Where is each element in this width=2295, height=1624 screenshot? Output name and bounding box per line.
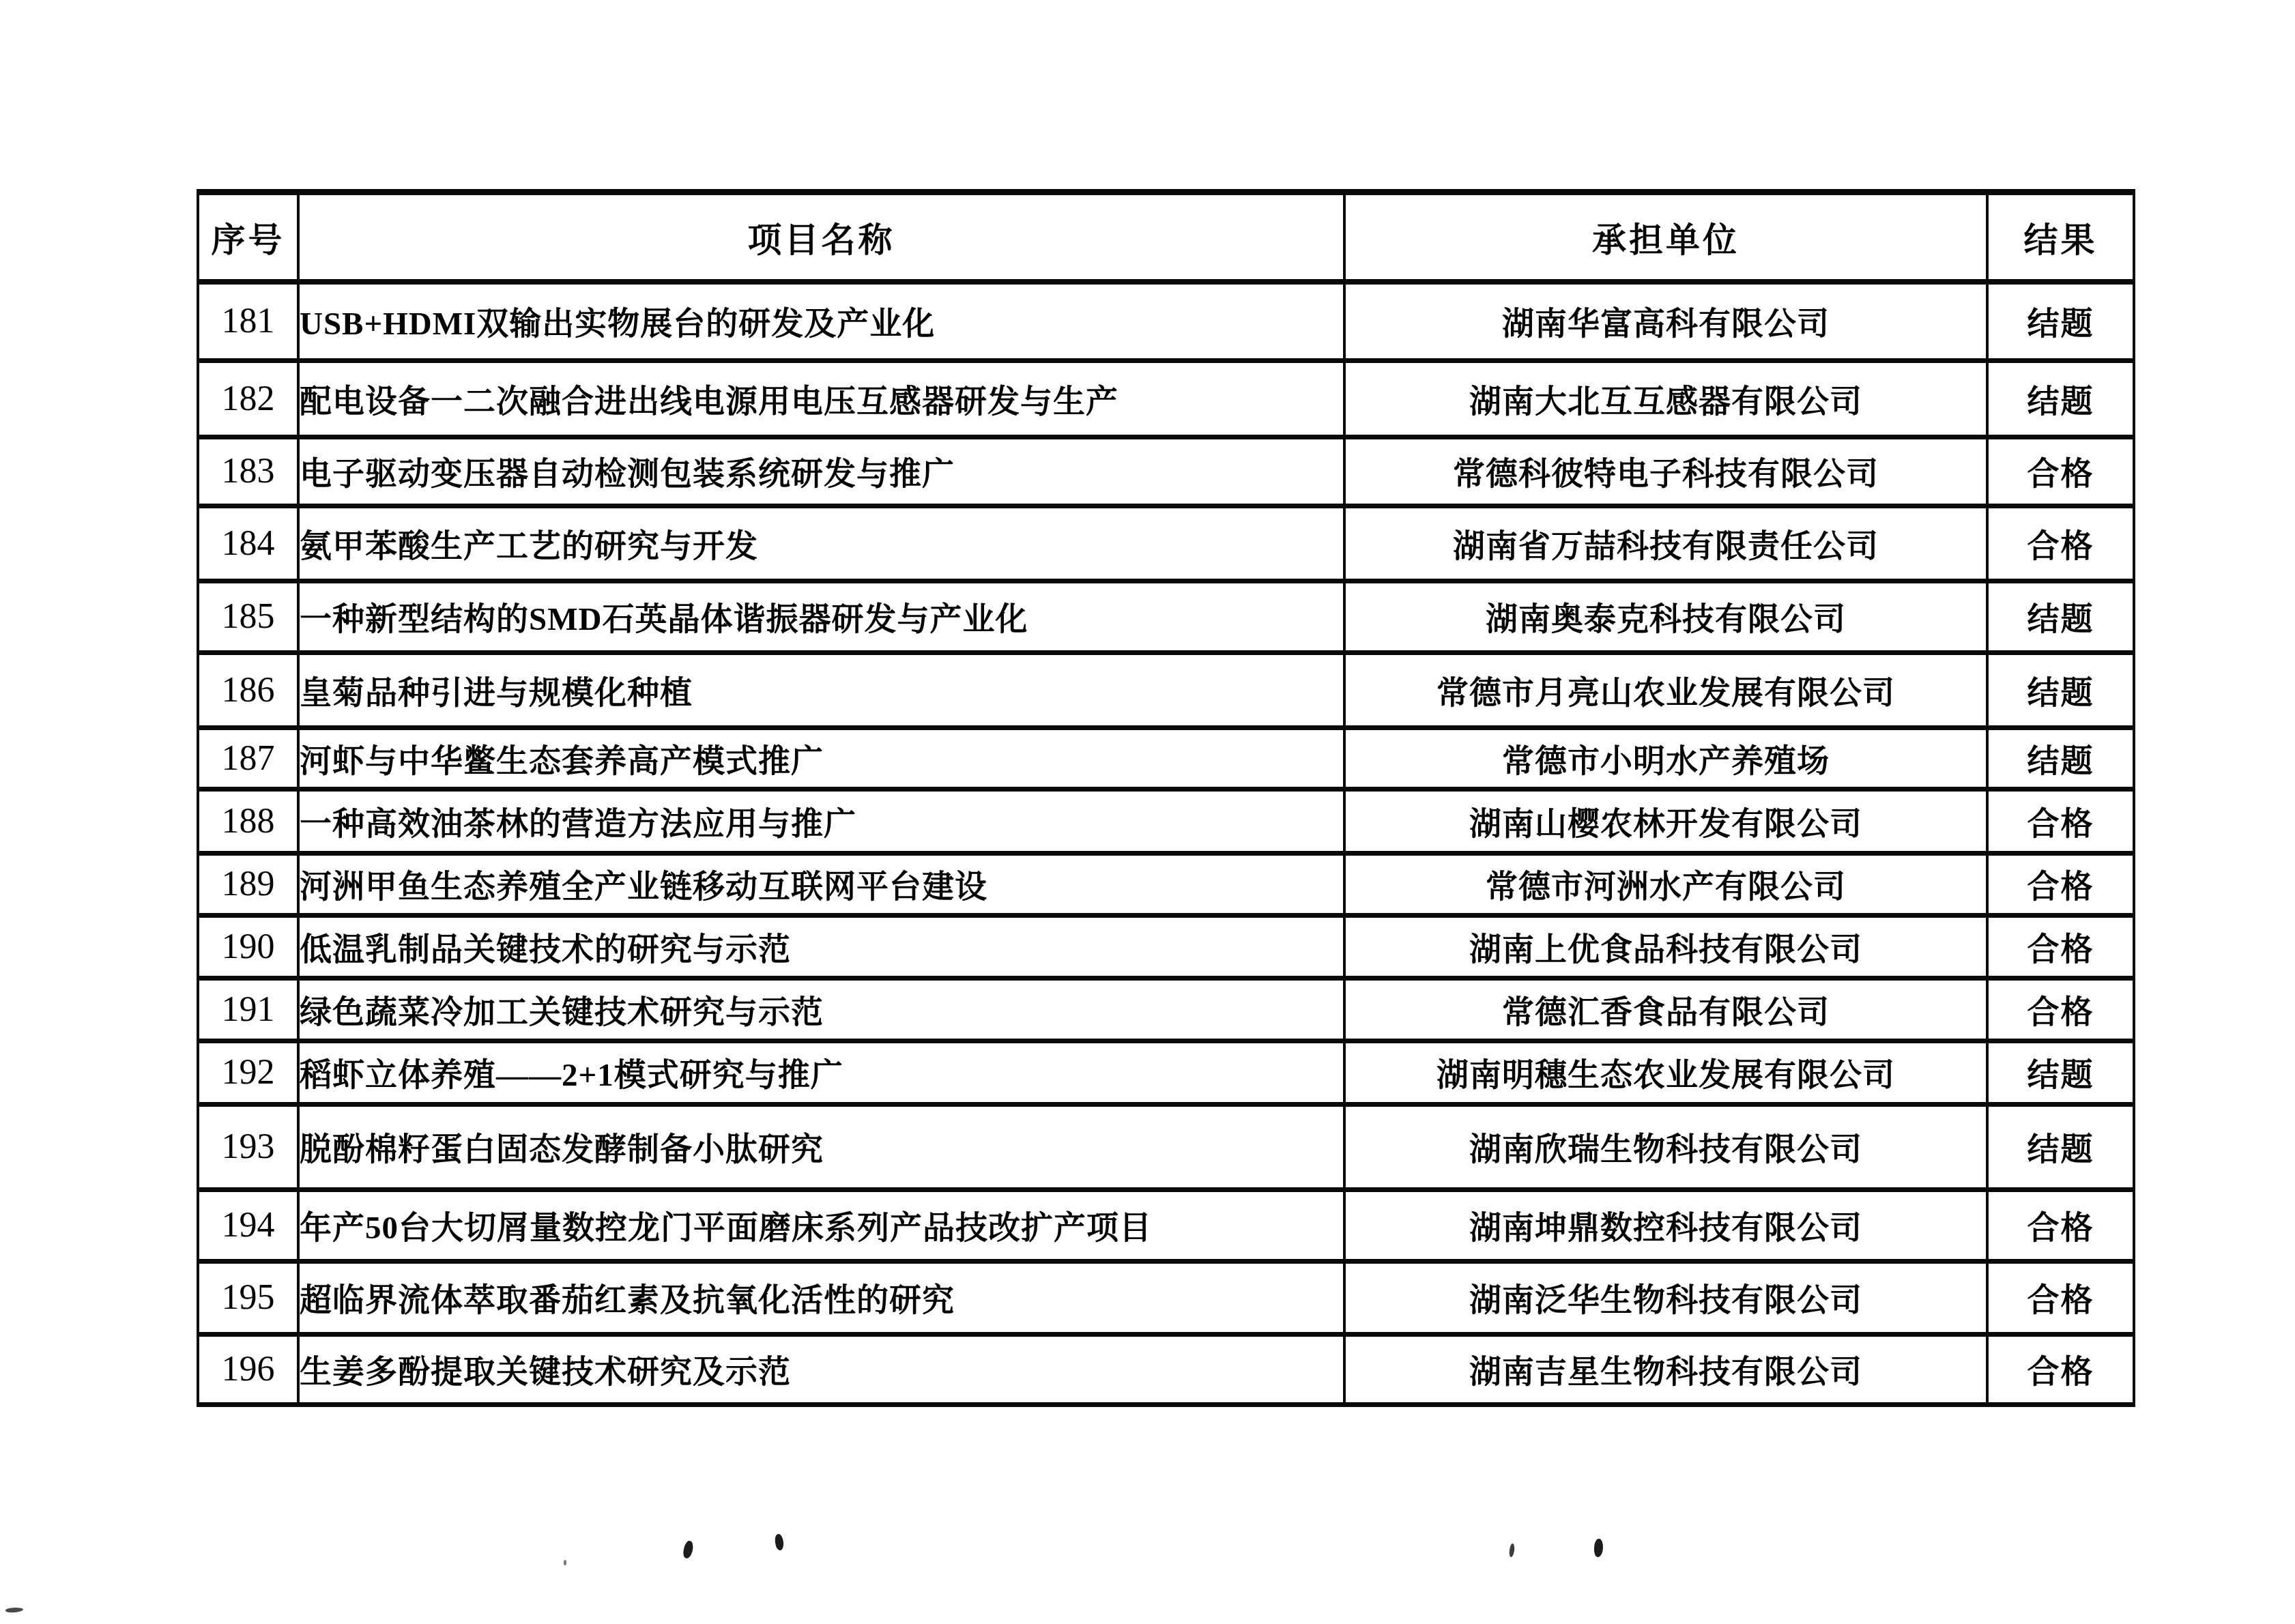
table-row: 192稻虾立体养殖——2+1模式研究与推广湖南明穗生态农业发展有限公司结题 xyxy=(198,1041,2134,1104)
result-value: 结题 xyxy=(1987,652,2134,727)
undertaking-unit: 湖南欣瑞生物科技有限公司 xyxy=(1344,1104,1987,1189)
column-header-name: 项目名称 xyxy=(298,192,1344,282)
project-name: 稻虾立体养殖——2+1模式研究与推广 xyxy=(298,1041,1344,1104)
undertaking-unit: 湖南大北互互感器有限公司 xyxy=(1344,360,1987,437)
row-index: 181 xyxy=(198,282,298,360)
table-row: 196生姜多酚提取关键技术研究及示范湖南吉星生物科技有限公司合格 xyxy=(198,1334,2134,1404)
undertaking-unit: 湖南坤鼎数控科技有限公司 xyxy=(1344,1189,1987,1261)
undertaking-unit: 湖南奥泰克科技有限公司 xyxy=(1344,581,1987,652)
project-name: 年产50台大切屑量数控龙门平面磨床系列产品技改扩产项目 xyxy=(298,1189,1344,1261)
scan-speck xyxy=(775,1533,784,1550)
scan-speck xyxy=(1509,1543,1516,1558)
column-header-result: 结果 xyxy=(1987,192,2134,282)
table-row: 181USB+HDMI双输出实物展台的研发及产业化湖南华富高科有限公司结题 xyxy=(198,282,2134,360)
project-name: 配电设备一二次融合进出线电源用电压互感器研发与生产 xyxy=(298,360,1344,437)
project-name: 河虾与中华鳖生态套养高产模式推广 xyxy=(298,727,1344,789)
result-value: 合格 xyxy=(1987,437,2134,506)
table-header-row: 序号 项目名称 承担单位 结果 xyxy=(198,192,2134,282)
result-value: 合格 xyxy=(1987,789,2134,853)
undertaking-unit: 湖南上优食品科技有限公司 xyxy=(1344,915,1987,978)
project-name: 一种新型结构的SMD石英晶体谐振器研发与产业化 xyxy=(298,581,1344,652)
project-name: 脱酚棉籽蛋白固态发酵制备小肽研究 xyxy=(298,1104,1344,1189)
table-row: 182配电设备一二次融合进出线电源用电压互感器研发与生产湖南大北互互感器有限公司… xyxy=(198,360,2134,437)
table-row: 191绿色蔬菜冷加工关键技术研究与示范常德汇香食品有限公司合格 xyxy=(198,978,2134,1041)
project-name: 生姜多酚提取关键技术研究及示范 xyxy=(298,1334,1344,1404)
project-name: 皇菊品种引进与规模化种植 xyxy=(298,652,1344,727)
table-row: 195超临界流体萃取番茄红素及抗氧化活性的研究湖南泛华生物科技有限公司合格 xyxy=(198,1261,2134,1334)
row-index: 191 xyxy=(198,978,298,1041)
undertaking-unit: 常德市河洲水产有限公司 xyxy=(1344,853,1987,915)
table-row: 184氨甲苯酸生产工艺的研究与开发湖南省万喆科技有限责任公司合格 xyxy=(198,506,2134,581)
result-value: 结题 xyxy=(1987,581,2134,652)
column-header-unit: 承担单位 xyxy=(1344,192,1987,282)
undertaking-unit: 常德市月亮山农业发展有限公司 xyxy=(1344,652,1987,727)
result-value: 合格 xyxy=(1987,978,2134,1041)
result-value: 合格 xyxy=(1987,915,2134,978)
undertaking-unit: 常德市小明水产养殖场 xyxy=(1344,727,1987,789)
row-index: 193 xyxy=(198,1104,298,1189)
scan-speck xyxy=(564,1560,566,1565)
table-row: 194年产50台大切屑量数控龙门平面磨床系列产品技改扩产项目湖南坤鼎数控科技有限… xyxy=(198,1189,2134,1261)
table-row: 189河洲甲鱼生态养殖全产业链移动互联网平台建设常德市河洲水产有限公司合格 xyxy=(198,853,2134,915)
row-index: 195 xyxy=(198,1261,298,1334)
result-value: 合格 xyxy=(1987,1334,2134,1404)
result-value: 合格 xyxy=(1987,506,2134,581)
row-index: 187 xyxy=(198,727,298,789)
project-results-table: 序号 项目名称 承担单位 结果 181USB+HDMI双输出实物展台的研发及产业… xyxy=(197,189,2135,1407)
scan-speck xyxy=(5,1607,23,1613)
table-row: 183电子驱动变压器自动检测包装系统研发与推广常德科彼特电子科技有限公司合格 xyxy=(198,437,2134,506)
undertaking-unit: 湖南华富高科有限公司 xyxy=(1344,282,1987,360)
result-value: 合格 xyxy=(1987,1261,2134,1334)
row-index: 184 xyxy=(198,506,298,581)
row-index: 188 xyxy=(198,789,298,853)
project-name: 一种高效油茶林的营造方法应用与推广 xyxy=(298,789,1344,853)
result-value: 结题 xyxy=(1987,282,2134,360)
result-value: 结题 xyxy=(1987,1041,2134,1104)
result-value: 结题 xyxy=(1987,727,2134,789)
table-row: 187河虾与中华鳖生态套养高产模式推广常德市小明水产养殖场结题 xyxy=(198,727,2134,789)
result-value: 合格 xyxy=(1987,853,2134,915)
row-index: 189 xyxy=(198,853,298,915)
undertaking-unit: 湖南明穗生态农业发展有限公司 xyxy=(1344,1041,1987,1104)
project-name: 电子驱动变压器自动检测包装系统研发与推广 xyxy=(298,437,1344,506)
row-index: 183 xyxy=(198,437,298,506)
result-value: 合格 xyxy=(1987,1189,2134,1261)
scan-speck xyxy=(1593,1538,1604,1557)
table-row: 190低温乳制品关键技术的研究与示范湖南上优食品科技有限公司合格 xyxy=(198,915,2134,978)
result-value: 结题 xyxy=(1987,1104,2134,1189)
result-value: 结题 xyxy=(1987,360,2134,437)
project-name: 超临界流体萃取番茄红素及抗氧化活性的研究 xyxy=(298,1261,1344,1334)
row-index: 186 xyxy=(198,652,298,727)
scan-speck xyxy=(682,1540,695,1559)
table-row: 188一种高效油茶林的营造方法应用与推广湖南山樱农林开发有限公司合格 xyxy=(198,789,2134,853)
undertaking-unit: 湖南省万喆科技有限责任公司 xyxy=(1344,506,1987,581)
table-row: 186皇菊品种引进与规模化种植常德市月亮山农业发展有限公司结题 xyxy=(198,652,2134,727)
row-index: 192 xyxy=(198,1041,298,1104)
project-name: 氨甲苯酸生产工艺的研究与开发 xyxy=(298,506,1344,581)
row-index: 182 xyxy=(198,360,298,437)
undertaking-unit: 常德汇香食品有限公司 xyxy=(1344,978,1987,1041)
table-row: 185一种新型结构的SMD石英晶体谐振器研发与产业化湖南奥泰克科技有限公司结题 xyxy=(198,581,2134,652)
project-name: USB+HDMI双输出实物展台的研发及产业化 xyxy=(298,282,1344,360)
table-row: 193脱酚棉籽蛋白固态发酵制备小肽研究湖南欣瑞生物科技有限公司结题 xyxy=(198,1104,2134,1189)
row-index: 196 xyxy=(198,1334,298,1404)
scanned-document-page: 序号 项目名称 承担单位 结果 181USB+HDMI双输出实物展台的研发及产业… xyxy=(0,0,2295,1624)
undertaking-unit: 湖南吉星生物科技有限公司 xyxy=(1344,1334,1987,1404)
project-name: 低温乳制品关键技术的研究与示范 xyxy=(298,915,1344,978)
project-name: 绿色蔬菜冷加工关键技术研究与示范 xyxy=(298,978,1344,1041)
undertaking-unit: 湖南山樱农林开发有限公司 xyxy=(1344,789,1987,853)
column-header-index: 序号 xyxy=(198,192,298,282)
row-index: 194 xyxy=(198,1189,298,1261)
row-index: 185 xyxy=(198,581,298,652)
undertaking-unit: 湖南泛华生物科技有限公司 xyxy=(1344,1261,1987,1334)
row-index: 190 xyxy=(198,915,298,978)
project-name: 河洲甲鱼生态养殖全产业链移动互联网平台建设 xyxy=(298,853,1344,915)
undertaking-unit: 常德科彼特电子科技有限公司 xyxy=(1344,437,1987,506)
